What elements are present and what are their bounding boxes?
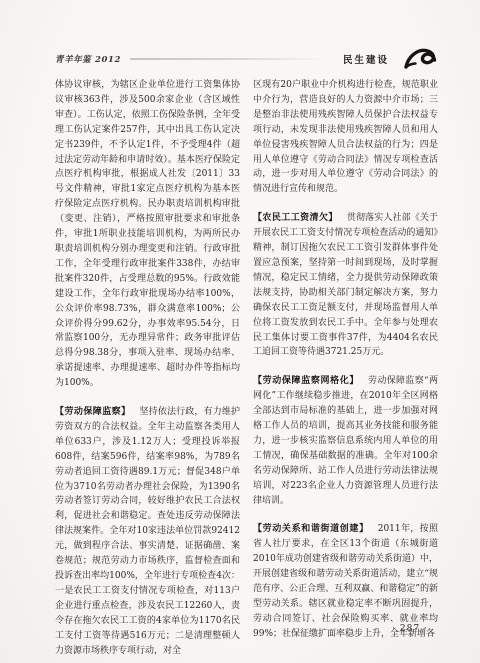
entry-text: 2011年，按照省人社厅要求，在全区13个街道（东城街道2010年成功创建省级和… (253, 524, 438, 638)
entry-heading: 【劳动保障监察网格化】 (253, 376, 368, 386)
book-title: 青羊年鉴 2012 (55, 53, 121, 65)
entry-text: 体协议审核，为辖区企业单位进行工资集体协议审核363件，涉及500余家企业（含区… (55, 80, 240, 388)
yearbook-entry: 【农民工工资清欠】贯彻落实人社部《关于开展农民工工资支付情况专项检查活动的通知》… (253, 211, 438, 360)
calligraphic-flourish-icon (403, 46, 439, 72)
entry-text: 贯彻落实人社部《关于开展农民工工资支付情况专项检查活动的通知》精神，制订因拖欠农… (253, 213, 438, 357)
page-number: · 287 · (370, 624, 450, 634)
text-columns: 体协议审核，为辖区企业单位进行工资集体协议审核363件，涉及500余家企业（含区… (55, 78, 439, 658)
header-divider (130, 58, 327, 60)
running-head: 青羊年鉴 2012 民生建设 (55, 46, 439, 72)
paragraph: 区现有20户职业中介机构进行检查，规范职业中介行为，营造良好的人力资源中介市场；… (253, 78, 438, 197)
paragraph: 体协议审核，为辖区企业单位进行工资集体协议审核363件，涉及500余家企业（含区… (55, 78, 240, 391)
entry-heading: 【农民工工资清欠】 (253, 213, 347, 223)
section-label: 民生建设 (343, 52, 389, 66)
left-column: 体协议审核，为辖区企业单位进行工资集体协议审核363件，涉及500余家企业（含区… (55, 78, 240, 658)
entry-text: 区现有20户职业中介机构进行检查，规范职业中介行为，营造良好的人力资源中介市场；… (253, 80, 438, 194)
entry-text: 劳动保障监察“两网化”工作继续稳步推进，在2010年全区网格全部达到市局标准的基… (253, 376, 438, 505)
yearbook-entry: 【劳动保障监察网格化】劳动保障监察“两网化”工作继续稳步推进，在2010年全区网… (253, 374, 438, 508)
entry-text: 坚持依法行政，有力维护劳资双方的合法权益。全年主动监察各类用人单位633户，涉及… (55, 407, 240, 656)
yearbook-page: 青羊年鉴 2012 民生建设 体协议审核，为辖区企业单位进行工资集体协议审核36… (0, 0, 480, 663)
right-column: 区现有20户职业中介机构进行检查，规范职业中介行为，营造良好的人力资源中介市场；… (253, 78, 438, 658)
yearbook-entry: 【劳动保障监察】坚持依法行政，有力维护劳资双方的合法权益。全年主动监察各类用人单… (55, 405, 240, 658)
entry-heading: 【劳动关系和谐街道创建】 (253, 524, 378, 534)
entry-heading: 【劳动保障监察】 (55, 407, 140, 417)
